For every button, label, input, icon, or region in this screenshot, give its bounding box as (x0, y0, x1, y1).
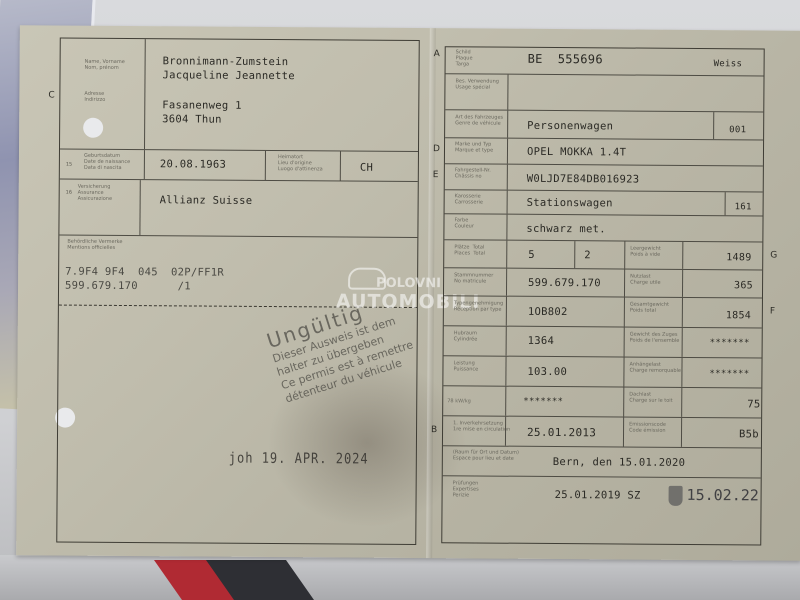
power-row: Leistung Puissance 103.00 Anhängelast Ch… (443, 355, 761, 387)
vehicle-type: Personenwagen (527, 120, 613, 133)
plate-row: A Schild Plaque Targa BE 555696 Weiss (446, 47, 764, 75)
official-note-line1: 7.9F4 9F4 045 02P/FF1R (65, 266, 224, 279)
seats-total: 5 (528, 249, 535, 261)
car-icon (348, 268, 386, 290)
regulation-row: Stammnummer No matricule 599.679.170 Nut… (444, 267, 762, 297)
insurer: Allianz Suisse (160, 194, 253, 207)
official-note-line2: 599.679.170 /1 (65, 280, 191, 293)
first-registration: 25.01.2013 (527, 426, 596, 439)
seats-row: Plätze Total Places Total 5 2 Leergewich… (444, 239, 762, 269)
holder-dob-row: 15 Geburtsdatum Date de naissance Data d… (60, 149, 418, 181)
emission-code: B5b (739, 428, 759, 440)
vehicle-panel: A Schild Plaque Targa BE 555696 Weiss Be… (441, 46, 764, 545)
seats-front: 2 (584, 249, 591, 261)
roof-load: 75 (747, 398, 760, 410)
displacement: 1364 (528, 335, 555, 347)
holder-given-names: Jacqueline Jeannette (162, 69, 295, 82)
train-weight: ******* (710, 338, 750, 348)
total-weight: 1854 (726, 310, 751, 321)
holder-city: 3604 Thun (162, 113, 222, 125)
body-row: Karosserie Carrosserie Stationswagen 161 (445, 189, 763, 215)
registration-document: C Name, Vorname Nom, prénom Adresse Indi… (16, 25, 800, 560)
inspection-stamp: 15.02.22 (687, 486, 759, 505)
plate-number: BE 555696 (528, 52, 603, 67)
vin-row: E Fahrgestell-Nr. Châssis no W0LJD7E84DB… (445, 163, 763, 191)
plate-color: Weiss (714, 59, 743, 69)
issue-place-row: (Raum für Ort und Datum) Espace pour lie… (443, 445, 761, 477)
date-stamp: joh 19. APR. 2024 (229, 449, 369, 467)
type-approval: 1OB802 (528, 306, 568, 318)
inspection-row: Prüfungen Expertises Perizie 25.01.2019 … (442, 475, 760, 546)
place-of-origin: CH (360, 162, 373, 174)
vin: W0LJD7E84DB016923 (527, 173, 640, 186)
usage-row: Bes. Verwendung Usage spécial (445, 73, 763, 111)
ratio-row: 78 kW/kg ******* Dachlast Charge sur le … (443, 385, 761, 417)
holder-name-address: Name, Vorname Nom, prénom Adresse Indiri… (60, 39, 419, 151)
holder-surname: Bronnimann-Zumstein (163, 55, 289, 68)
regulation-number: 599.679.170 (528, 277, 601, 290)
displacement-row: Hubraum Cylindrée 1364 Gewicht des Zuges… (444, 325, 762, 357)
trailer-load: ******* (709, 369, 749, 379)
empty-weight: 1489 (726, 252, 751, 263)
first-registration-row: B 1. Inverkehrsetzung 1re mise en circul… (443, 415, 761, 447)
power: 103.00 (527, 366, 567, 378)
date-of-birth: 20.08.1963 (160, 158, 226, 170)
make-model: OPEL MOKKA 1.4T (527, 146, 626, 159)
table-surface (0, 555, 800, 600)
vehicle-type-row: Art des Fahrzeuges Genre de véhicule Per… (445, 109, 763, 139)
payload: 365 (734, 280, 753, 291)
vehicle-type-code: 001 (729, 125, 746, 135)
inspection: 25.01.2019 SZ (555, 489, 641, 502)
insurer-row: 16 Versicherung Assurance Assicurazione … (59, 179, 417, 237)
issue-place-date: Bern, den 15.01.2020 (553, 456, 686, 469)
body-code: 161 (735, 202, 752, 212)
type-approval-row: Typengenehmigung Réception par type 1OB8… (444, 295, 762, 327)
vehicle-color: schwarz met. (526, 223, 606, 236)
color-row: Farbe Couleur schwarz met. (444, 213, 762, 241)
holder-street: Fasanenweg 1 (162, 99, 242, 112)
make-model-row: D Marke und Typ Marque et type OPEL MOKK… (445, 137, 763, 165)
power-to-weight: ******* (523, 397, 563, 407)
body-type: Stationswagen (527, 197, 613, 210)
canton-seal-icon (669, 486, 683, 506)
